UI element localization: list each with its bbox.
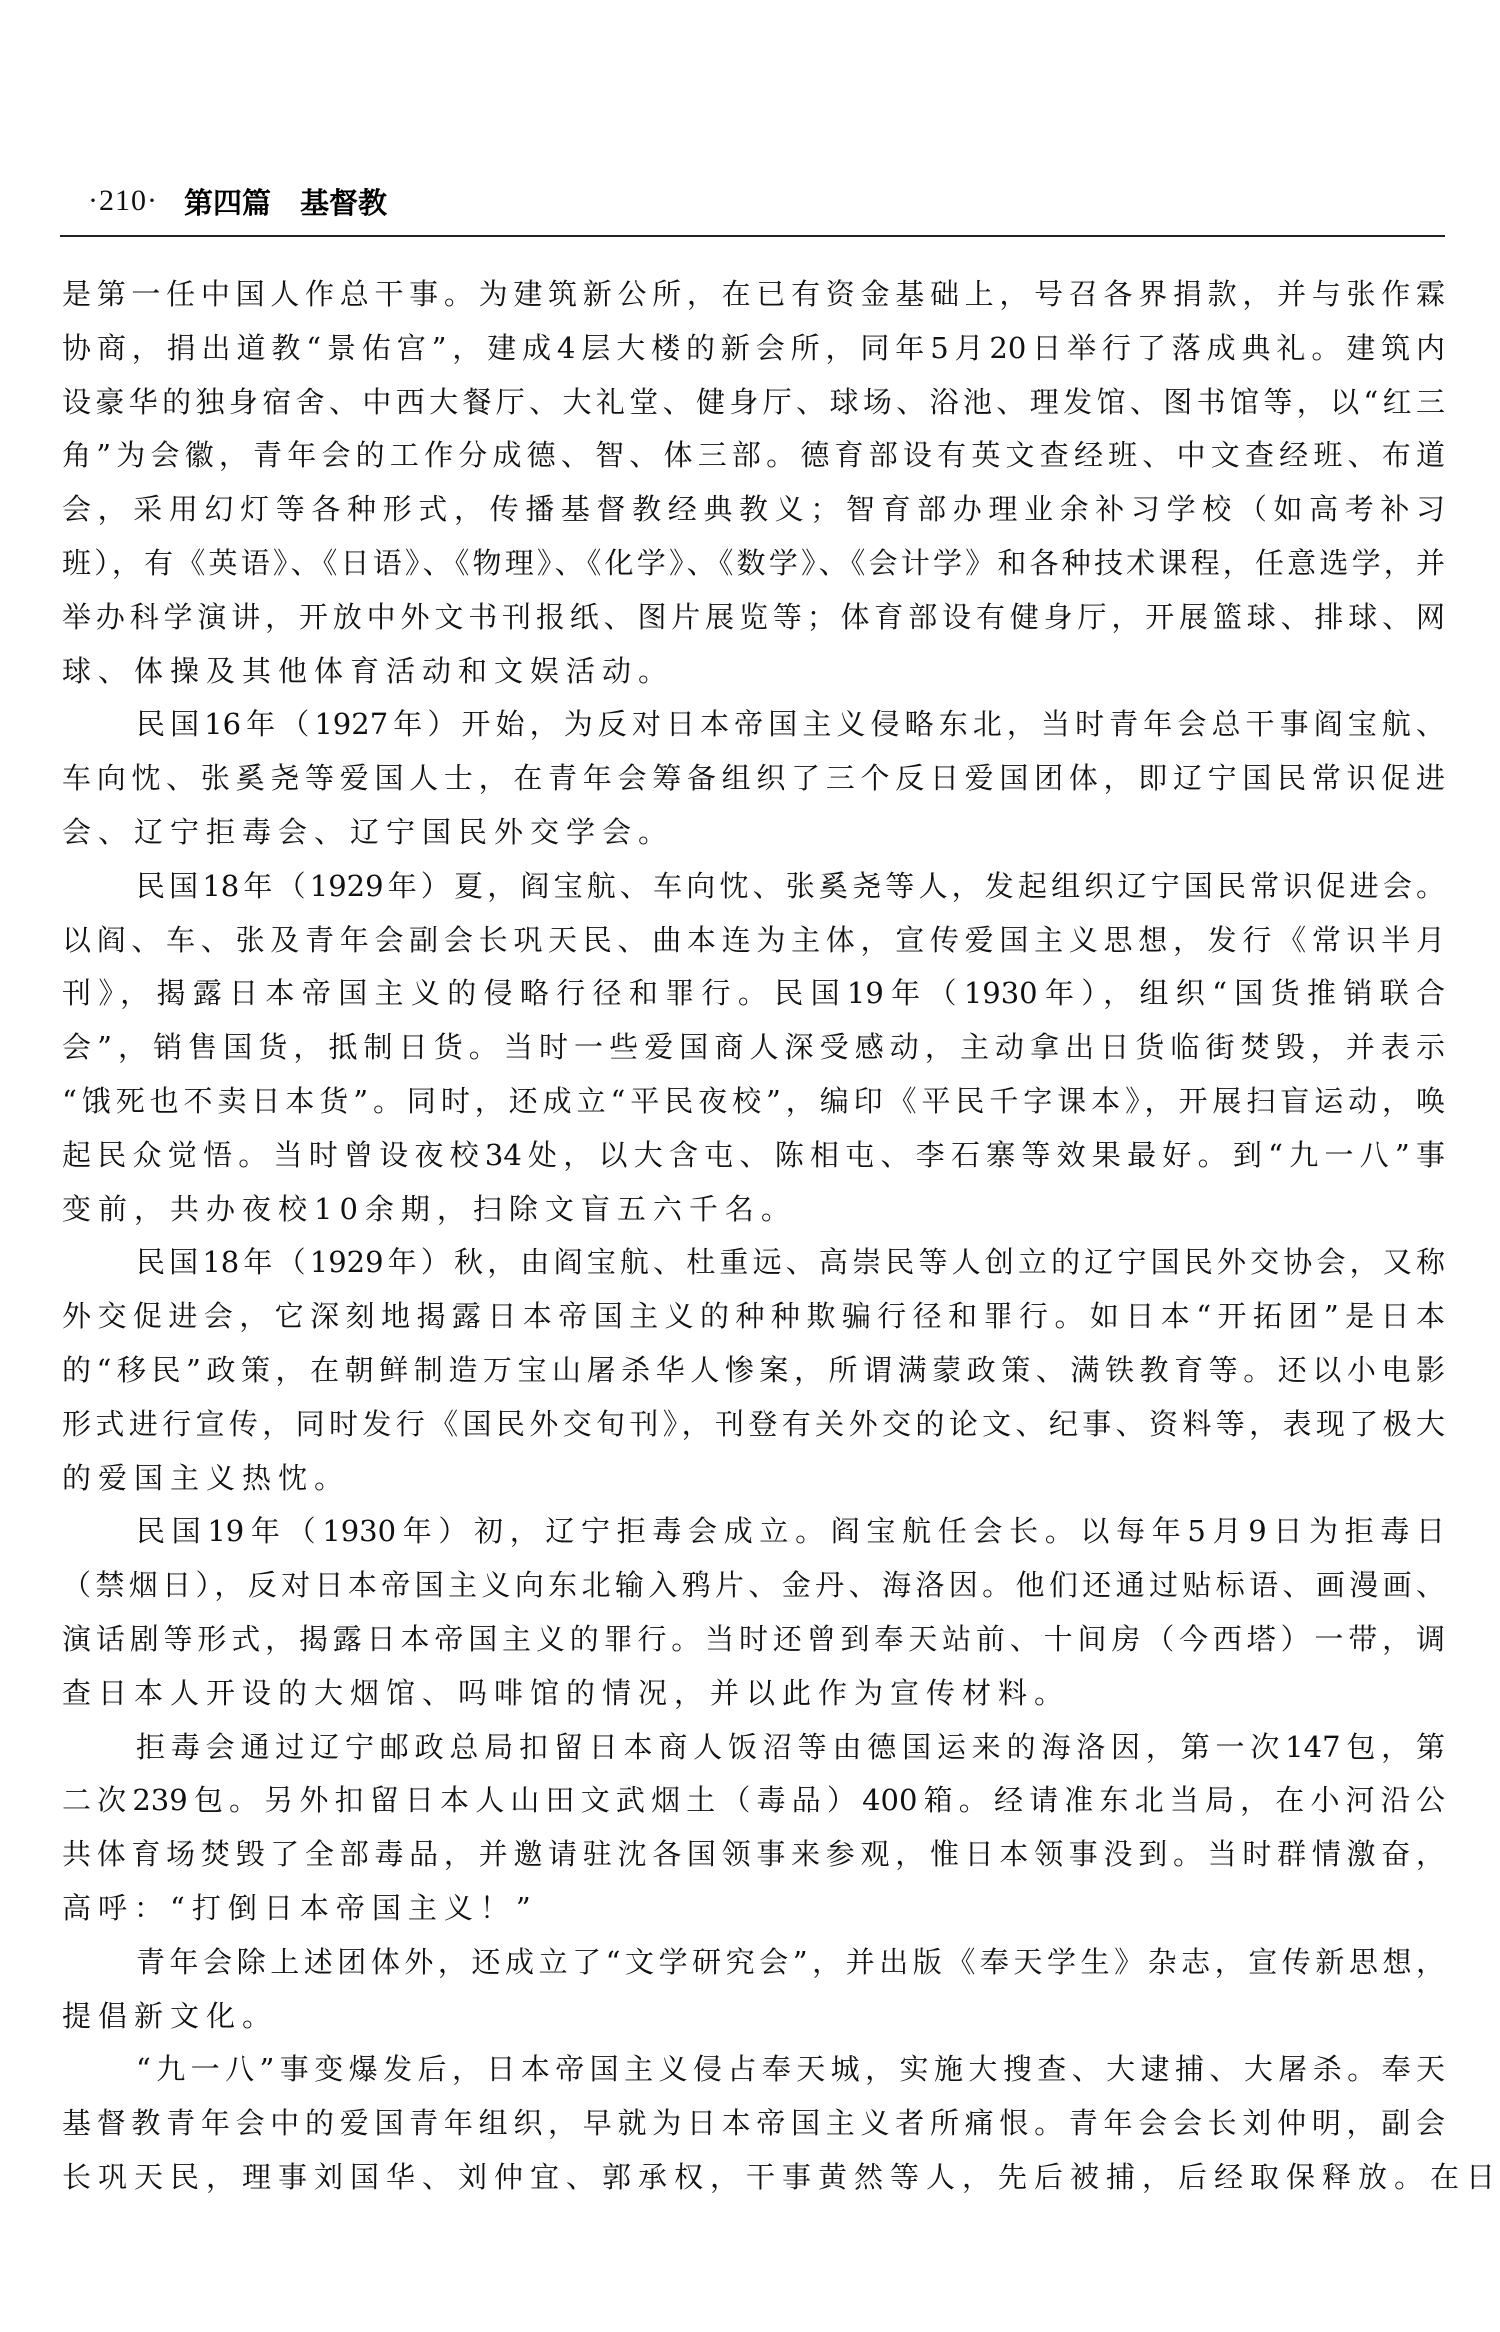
text-line: 青年会除上述团体外，还成立了“文学研究会”，并出版《奉天学生》杂志，宣传新思想，	[62, 1936, 1445, 1990]
text-line: 举办科学演讲，开放中外文书刊报纸、图片展览等；体育部设有健身厅，开展篮球、排球、…	[62, 591, 1445, 645]
paragraph: 民国19年（1930年）初，辽宁拒毒会成立。阎宝航任会长。以每年5月9日为拒毒日…	[62, 1505, 1445, 1720]
text-line: 拒毒会通过辽宁邮政总局扣留日本商人饭沼等由德国运来的海洛因，第一次147包，第	[62, 1721, 1445, 1775]
text-line: 二次239包。另外扣留日本人山田文武烟土（毒品）400箱。经请准东北当局，在小河…	[62, 1774, 1445, 1828]
text-line: 形式进行宣传，同时发行《国民外交旬刊》，刊登有关外交的论文、纪事、资料等，表现了…	[62, 1398, 1445, 1452]
text-line: 查日本人开设的大烟馆、吗啡馆的情况，并以此作为宣传材料。	[62, 1667, 1445, 1721]
text-line: 高呼：“打倒日本帝国主义！”	[62, 1882, 1445, 1936]
text-line: “饿死也不卖日本货”。同时，还成立“平民夜校”，编印《平民千字课本》，开展扫盲运…	[62, 1075, 1445, 1129]
text-line: 民国19年（1930年）初，辽宁拒毒会成立。阎宝航任会长。以每年5月9日为拒毒日	[62, 1505, 1445, 1559]
text-line: 会，采用幻灯等各种形式，传播基督教经典教义；智育部办理业余补习学校（如高考补习	[62, 483, 1445, 537]
running-header: ·210· 第四篇 基督教	[88, 176, 387, 226]
text-line: 协商，捐出道教“景佑宫”，建成4层大楼的新会所，同年5月20日举行了落成典礼。建…	[62, 322, 1445, 376]
text-line: 球、体操及其他体育活动和文娱活动。	[62, 645, 1445, 699]
section-title: 第四篇 基督教	[184, 181, 387, 222]
page-number: ·210·	[88, 184, 158, 218]
text-line: 角”为会徽，青年会的工作分成德、智、体三部。德育部设有英文查经班、中文查经班、布…	[62, 429, 1445, 483]
text-line: 基督教青年会中的爱国青年组织，早就为日本帝国主义者所痛恨。青年会会长刘仲明，副会	[62, 2097, 1445, 2151]
text-line: 的爱国主义热忱。	[62, 1452, 1445, 1506]
paragraph: 是第一任中国人作总干事。为建筑新公所，在已有资金基础上，号召各界捐款，并与张作霖…	[62, 268, 1445, 698]
text-line: 外交促进会，它深刻地揭露日本帝国主义的种种欺骗行径和罪行。如日本“开拓团”是日本	[62, 1290, 1445, 1344]
text-line: “九一八”事变爆发后，日本帝国主义侵占奉天城，实施大搜查、大逮捕、大屠杀。奉天	[62, 2043, 1445, 2097]
text-line: （禁烟日），反对日本帝国主义向东北输入鸦片、金丹、海洛因。他们还通过贴标语、画漫…	[62, 1559, 1445, 1613]
text-line: 是第一任中国人作总干事。为建筑新公所，在已有资金基础上，号召各界捐款，并与张作霖	[62, 268, 1445, 322]
text-line: 起民众觉悟。当时曾设夜校34处，以大含屯、陈相屯、李石寨等效果最好。到“九一八”…	[62, 1129, 1445, 1183]
text-line: 变前，共办夜校10余期，扫除文盲五六千名。	[62, 1183, 1445, 1237]
text-line: 长巩天民，理事刘国华、刘仲宜、郭承权，干事黄然等人，先后被捕，后经取保释放。在日…	[62, 2151, 1445, 2205]
text-line: 以阎、车、张及青年会副会长巩天民、曲本连为主体，宣传爱国主义思想，发行《常识半月	[62, 914, 1445, 968]
text-line: 车向忱、张奚尧等爱国人士，在青年会筹备组织了三个反日爱国团体，即辽宁国民常识促进	[62, 752, 1445, 806]
text-line: 民国18年（1929年）夏，阎宝航、车向忱、张奚尧等人，发起组织辽宁国民常识促进…	[62, 860, 1445, 914]
text-line: 演话剧等形式，揭露日本帝国主义的罪行。当时还曾到奉天站前、十间房（今西塔）一带，…	[62, 1613, 1445, 1667]
body-text: 是第一任中国人作总干事。为建筑新公所，在已有资金基础上，号召各界捐款，并与张作霖…	[62, 268, 1445, 2205]
paragraph: “九一八”事变爆发后，日本帝国主义侵占奉天城，实施大搜查、大逮捕、大屠杀。奉天基…	[62, 2043, 1445, 2204]
text-line: 民国18年（1929年）秋，由阎宝航、杜重远、高崇民等人创立的辽宁国民外交协会，…	[62, 1236, 1445, 1290]
text-line: 设豪华的独身宿舍、中西大餐厅、大礼堂、健身厅、球场、浴池、理发馆、图书馆等，以“…	[62, 376, 1445, 430]
paragraph: 民国18年（1929年）夏，阎宝航、车向忱、张奚尧等人，发起组织辽宁国民常识促进…	[62, 860, 1445, 1237]
paragraph: 青年会除上述团体外，还成立了“文学研究会”，并出版《奉天学生》杂志，宣传新思想，…	[62, 1936, 1445, 2044]
text-line: 的“移民”政策，在朝鲜制造万宝山屠杀华人惨案，所谓满蒙政策、满铁教育等。还以小电…	[62, 1344, 1445, 1398]
paragraph: 民国16年（1927年）开始，为反对日本帝国主义侵略东北，当时青年会总干事阎宝航…	[62, 698, 1445, 859]
text-line: 会、辽宁拒毒会、辽宁国民外交学会。	[62, 806, 1445, 860]
text-line: 班），有《英语》、《日语》、《物理》、《化学》、《数学》、《会计学》和各种技术课…	[62, 537, 1445, 591]
text-line: 提倡新文化。	[62, 1990, 1445, 2044]
text-line: 刊》，揭露日本帝国主义的侵略行径和罪行。民国19年（1930年），组织“国货推销…	[62, 967, 1445, 1021]
paragraph: 拒毒会通过辽宁邮政总局扣留日本商人饭沼等由德国运来的海洛因，第一次147包，第二…	[62, 1721, 1445, 1936]
paragraph: 民国18年（1929年）秋，由阎宝航、杜重远、高崇民等人创立的辽宁国民外交协会，…	[62, 1236, 1445, 1505]
text-line: 共体育场焚毁了全部毒品，并邀请驻沈各国领事来参观，惟日本领事没到。当时群情激奋，	[62, 1828, 1445, 1882]
text-line: 会”，销售国货，抵制日货。当时一些爱国商人深受感动，主动拿出日货临街焚毁，并表示	[62, 1021, 1445, 1075]
header-rule-divider	[60, 235, 1445, 237]
text-line: 民国16年（1927年）开始，为反对日本帝国主义侵略东北，当时青年会总干事阎宝航…	[62, 698, 1445, 752]
